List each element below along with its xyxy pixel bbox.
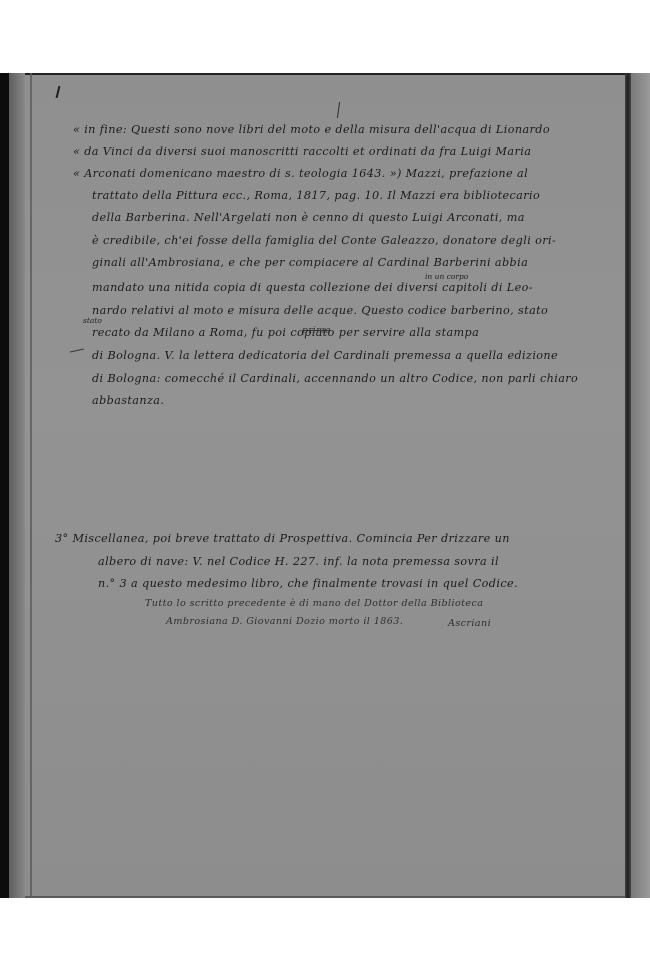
manuscript-line: mandato una nitida copia di questa colle… <box>92 281 533 294</box>
attestation-line: Tutto lo scritto precedente è di mano de… <box>145 598 483 609</box>
manuscript-line: di Bologna. V. la lettera dedicatoria de… <box>92 349 558 362</box>
manuscript-line: n.° 3 a questo medesimo libro, che final… <box>98 577 518 590</box>
manuscript-line: « in fine: Questi sono nove libri del mo… <box>73 123 550 136</box>
struck-word: prima <box>302 326 331 336</box>
manuscript-line: di Bologna: comecché il Cardinali, accen… <box>92 372 578 385</box>
manuscript-line: trattato della Pittura ecc., Roma, 1817,… <box>92 189 540 202</box>
manuscript-line: abbastanza. <box>92 394 164 407</box>
manuscript-line: « da Vinci da diversi suoi manoscritti r… <box>73 145 531 158</box>
page-gutter-shadow <box>9 73 25 898</box>
manuscript-line: 3° Miscellanea, poi breve trattato di Pr… <box>55 532 510 545</box>
manuscript-line: albero di nave: V. nel Codice H. 227. in… <box>98 555 499 568</box>
adjacent-page-edge <box>631 73 650 898</box>
binding-left-edge <box>0 73 9 898</box>
manuscript-line: recato da Milano a Roma, fu poi copiato … <box>92 326 479 339</box>
manuscript-line: nardo relativi al moto e misura delle ac… <box>92 304 548 317</box>
scan-top-edge <box>0 73 650 75</box>
marginal-insert: stato <box>83 316 102 325</box>
manuscript-line: « Arconati domenicano maestro di s. teol… <box>73 167 528 180</box>
interlinear-insert: in un corpo <box>425 272 468 281</box>
manuscript-line: è credibile, ch'ei fosse della famiglia … <box>92 234 556 247</box>
signature: Ascriani <box>448 618 491 629</box>
manuscript-line: ginali all'Ambrosiana, e che per compiac… <box>92 256 528 269</box>
margin-rule <box>30 73 32 898</box>
attestation-line: Ambrosiana D. Giovanni Dozio morto il 18… <box>166 616 403 627</box>
manuscript-line: della Barberina. Nell'Argelati non è cen… <box>92 211 525 224</box>
